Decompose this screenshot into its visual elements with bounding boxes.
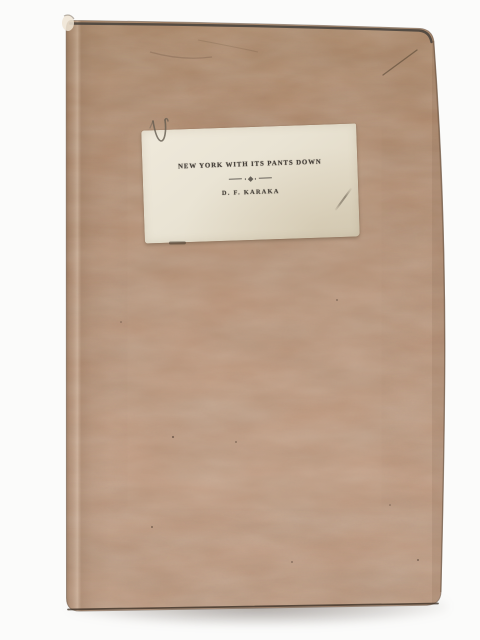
ornament-rule bbox=[229, 179, 242, 180]
ornament-rule bbox=[259, 178, 272, 179]
ornament-divider-icon bbox=[229, 176, 272, 181]
label-crease-mark bbox=[334, 187, 352, 211]
ornament-dot bbox=[255, 178, 257, 180]
diamond-icon bbox=[248, 176, 253, 181]
book-title: NEW YORK WITH ITS PANTS DOWN bbox=[178, 158, 322, 172]
cover-texture bbox=[58, 12, 454, 618]
pencil-mark bbox=[147, 116, 177, 152]
book-cover bbox=[0, 0, 480, 640]
label-smudge-mark bbox=[169, 241, 186, 244]
book-photo: NEW YORK WITH ITS PANTS DOWN D. F. KARAK… bbox=[0, 0, 480, 640]
ornament-dot bbox=[245, 178, 247, 180]
spine-shading bbox=[66, 18, 110, 614]
book-author: D. F. KARAKA bbox=[222, 188, 280, 197]
